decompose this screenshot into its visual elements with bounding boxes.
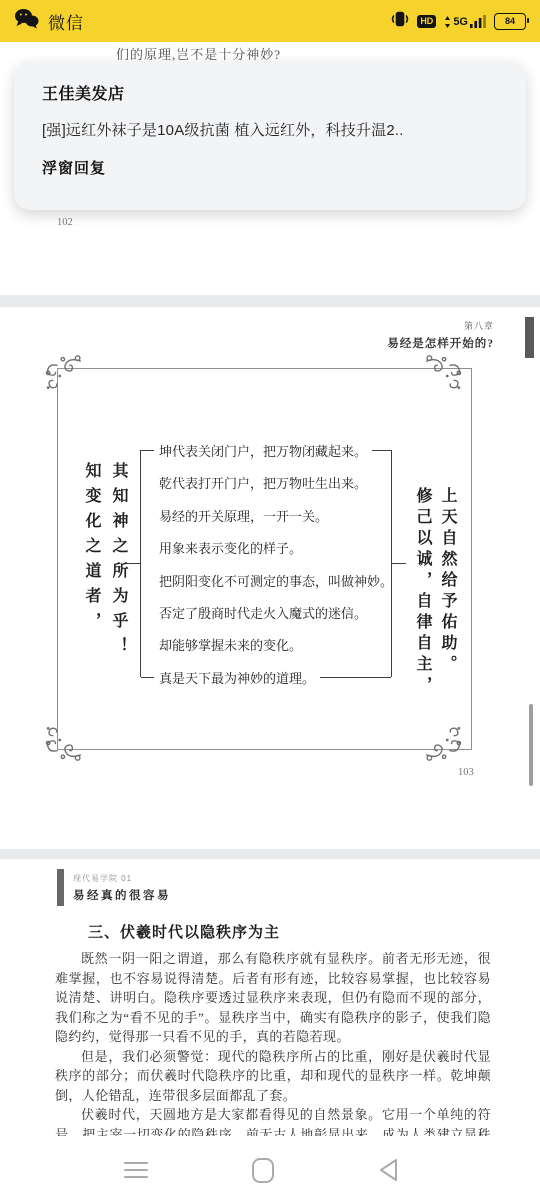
network-label: 5G [453,17,468,28]
left-note-column: 知变化之道者， [78,462,105,712]
diagram-item: 乾代表打开门户，把万物吐生出来。 [141,472,391,492]
battery-indicator: 84 [494,13,526,30]
running-head-bar [57,869,64,906]
paragraph: 但是，我们必须警觉：现代的隐秩序所占的比重，刚好是伏羲时代显秩序的部分；而伏羲时… [55,1047,491,1106]
status-app-name: 微信 [48,9,84,34]
paragraph: 既然一阴一阳之谓道，那么有隐秩序就有显秩序。前者无形无迹，很难掌握，也不容易说得… [55,949,491,1047]
frame-corner-ornament [422,721,462,761]
diagram-item: 坤代表关闭门户，把万物闭藏起来。 [141,440,391,460]
status-bar: 微信 HD 5G [0,0,540,42]
vibrate-icon [391,11,409,32]
chapter-title: 易经是怎样开始的? [387,335,494,351]
hamburger-menu-icon [123,1160,149,1180]
notification-title: 王佳美发店 [42,81,502,104]
right-note-column: 上天自然给予佑助。 [435,487,460,719]
menu-button[interactable] [122,1156,150,1184]
diagram-item: 把阴阳变化不可测定的事态，叫做神妙。 [141,570,391,590]
chapter-label: 第八章 [387,319,494,332]
diagram-item: 用象来表示变化的样子。 [141,537,391,557]
home-square-icon [251,1157,275,1184]
wechat-icon [14,8,39,34]
frame-corner-ornament [45,355,85,395]
bracket-diagram: 坤代表关闭门户，把万物闭藏起来。 乾代表打开门户，把万物吐生出来。 易经的开关原… [140,450,392,677]
hd-badge: HD [417,15,436,28]
paragraph: 伏羲时代，天圆地方是大家都看得见的自然景象。它用一个单纯的符号，把主宰一切变化的… [55,1105,491,1136]
frame-corner-ornament [45,721,85,761]
diagram-item: 易经的开关原理，一开一关。 [141,505,391,525]
bracket-right-tick [391,563,406,564]
notification-banner[interactable]: 王佳美发店 [强]远红外袜子是10A级抗菌 植入远红外，科技升温2.. 浮窗回复 [14,61,526,210]
notification-reply-action[interactable]: 浮窗回复 [42,157,106,178]
diagram-right-note: 上天自然给予佑助。 修己以诚，自律自主， [410,487,460,719]
back-triangle-icon [376,1157,402,1183]
frame-corner-ornament [422,355,462,395]
notification-message: [强]远红外袜子是10A级抗菌 植入远红外，科技升温2.. [42,119,502,140]
battery-level: 84 [505,16,515,26]
network-indicator: 5G [444,15,486,28]
home-button[interactable] [249,1156,277,1184]
signal-bars-icon [470,15,486,28]
left-note-column: 其知神之所为乎！ [105,462,132,712]
right-note-column: 修己以诚，自律自主， [410,487,435,719]
chapter-tab-marker [525,317,534,358]
diagram-left-note: 其知神之所为乎！ 知变化之道者， [78,462,132,712]
phone-screen: 微信 HD 5G [0,0,540,1200]
section-heading: 三、伏羲时代以隐秩序为主 [88,921,280,942]
body-text: 既然一阴一阳之谓道，那么有隐秩序就有显秩序。前者无形无迹，很难掌握，也不容易说得… [55,949,491,1136]
bracket-left-tick [126,563,140,564]
page-number-102: 102 [57,217,73,228]
android-nav-bar [0,1138,540,1200]
diagram-item: 真是天下最为神妙的道理。 [141,667,391,687]
diagram-item: 否定了殷商时代走火入魔式的迷信。 [141,602,391,622]
book-title: 易经真的很容易 [73,887,171,903]
back-button[interactable] [375,1156,403,1184]
reader-scrollbar[interactable] [529,704,533,786]
series-label: 现代易学院 01 [73,873,132,884]
chapter-header: 第八章 易经是怎样开始的? [387,319,494,351]
page-divider [0,849,540,859]
page-number-103: 103 [458,767,474,778]
page-divider [0,295,540,307]
diagram-item: 却能够掌握未来的变化。 [141,634,391,654]
